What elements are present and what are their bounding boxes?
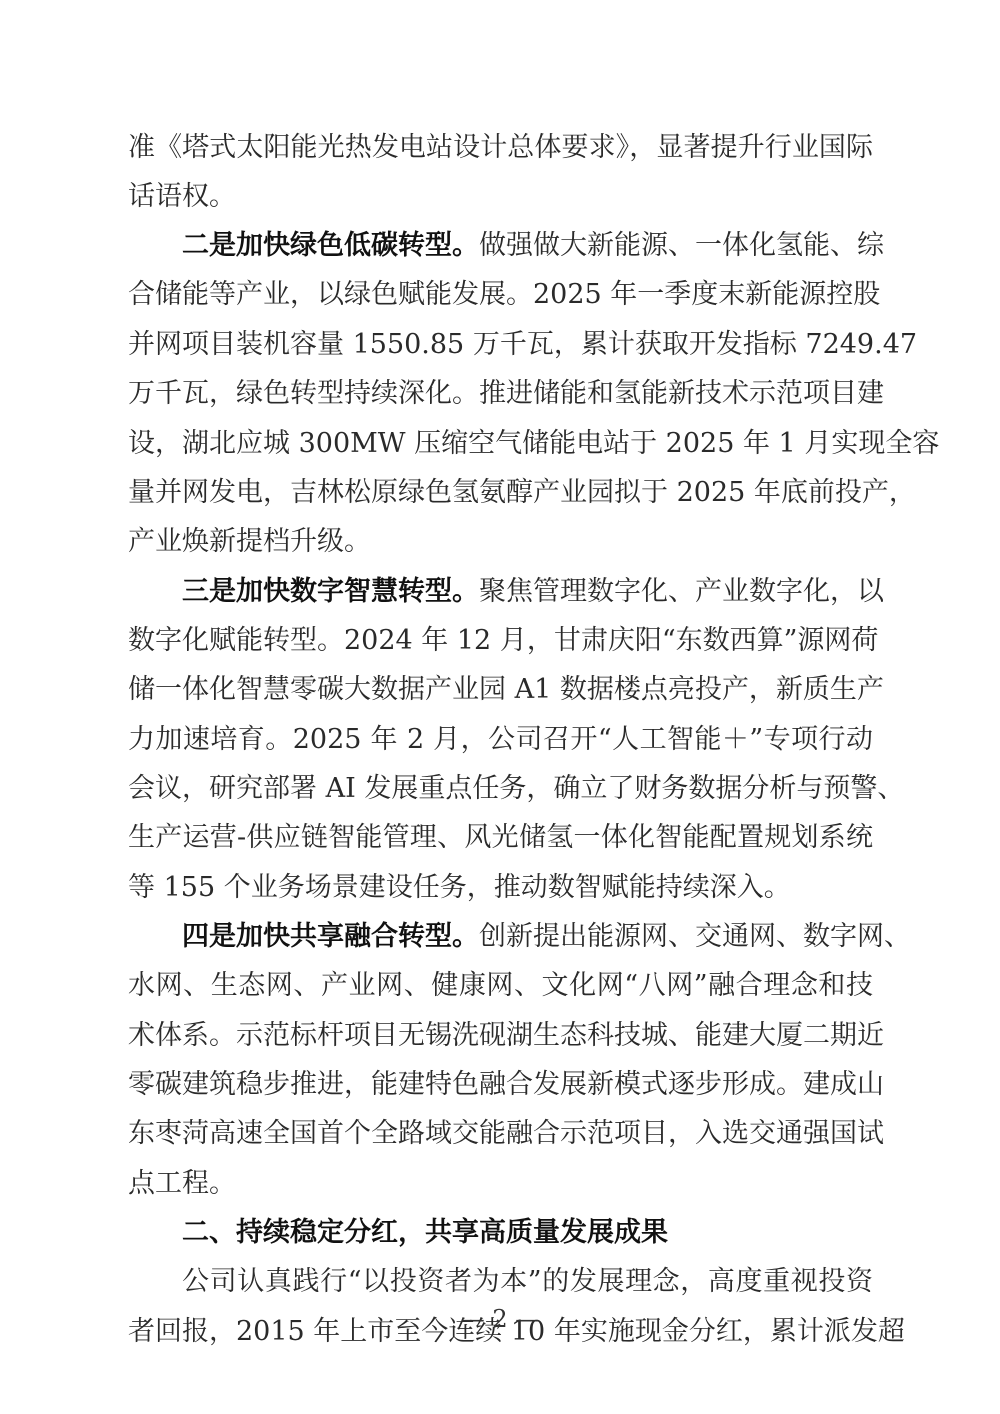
paragraph-lead: 四是加快共享融合转型。: [182, 921, 479, 952]
paragraph-line: 设，湖北应城 300MW 压缩空气储能电站于 2025 年 1 月实现全容: [128, 424, 873, 464]
paragraph-line: 数字化赋能转型。2024 年 12 月，甘肃庆阳“东数西算”源网荷: [128, 621, 873, 661]
paragraph-line: 等 155 个业务场景建设任务，推动数智赋能持续深入。: [128, 868, 873, 908]
page-number: — 2 —: [0, 1305, 1000, 1333]
paragraph-line: 储一体化智慧零碳大数据产业园 A1 数据楼点亮投产，新质生产: [128, 670, 873, 710]
paragraph-line: 会议，研究部署 AI 发展重点任务，确立了财务数据分析与预警、: [128, 769, 873, 809]
paragraph-line: 万千瓦，绿色转型持续深化。推进储能和氢能新技术示范项目建: [128, 374, 873, 414]
section-heading: 二、持续稳定分红，共享高质量发展成果: [182, 1213, 873, 1253]
paragraph-line: 二是加快绿色低碳转型。做强做大新能源、一体化氢能、综: [182, 226, 873, 266]
paragraph-line: 合储能等产业，以绿色赋能发展。2025 年一季度末新能源控股: [128, 275, 873, 315]
document-page: 准《塔式太阳能光热发电站设计总体要求》，显著提升行业国际 话语权。 二是加快绿色…: [0, 0, 1000, 1414]
paragraph-line: 三是加快数字智慧转型。聚焦管理数字化、产业数字化，以: [182, 572, 873, 612]
paragraph-line: 生产运营-供应链智能管理、风光储氢一体化智能配置规划系统: [128, 818, 873, 858]
paragraph-line: 话语权。: [128, 177, 873, 217]
paragraph-line: 量并网发电，吉林松原绿色氢氨醇产业园拟于 2025 年底前投产，: [128, 473, 873, 513]
paragraph-line: 力加速培育。2025 年 2 月，公司召开“人工智能＋”专项行动: [128, 720, 873, 760]
paragraph-line: 四是加快共享融合转型。创新提出能源网、交通网、数字网、: [182, 917, 873, 957]
paragraph-line: 并网项目装机容量 1550.85 万千瓦，累计获取开发指标 7249.47: [128, 325, 873, 365]
paragraph-line: 零碳建筑稳步推进，能建特色融合发展新模式逐步形成。建成山: [128, 1065, 873, 1105]
paragraph-lead: 二是加快绿色低碳转型。: [182, 230, 479, 261]
paragraph-lead: 三是加快数字智慧转型。: [182, 576, 479, 607]
paragraph-line: 水网、生态网、产业网、健康网、文化网“八网”融合理念和技: [128, 966, 873, 1006]
paragraph-line: 公司认真践行“以投资者为本”的发展理念，高度重视投资: [182, 1262, 873, 1302]
paragraph-line: 点工程。: [128, 1164, 873, 1204]
paragraph-line: 产业焕新提档升级。: [128, 522, 873, 562]
paragraph-line: 东枣菏高速全国首个全路域交能融合示范项目，入选交通强国试: [128, 1114, 873, 1154]
paragraph-line: 术体系。示范标杆项目无锡洗砚湖生态科技城、能建大厦二期近: [128, 1016, 873, 1056]
paragraph-line: 准《塔式太阳能光热发电站设计总体要求》，显著提升行业国际: [128, 128, 873, 168]
